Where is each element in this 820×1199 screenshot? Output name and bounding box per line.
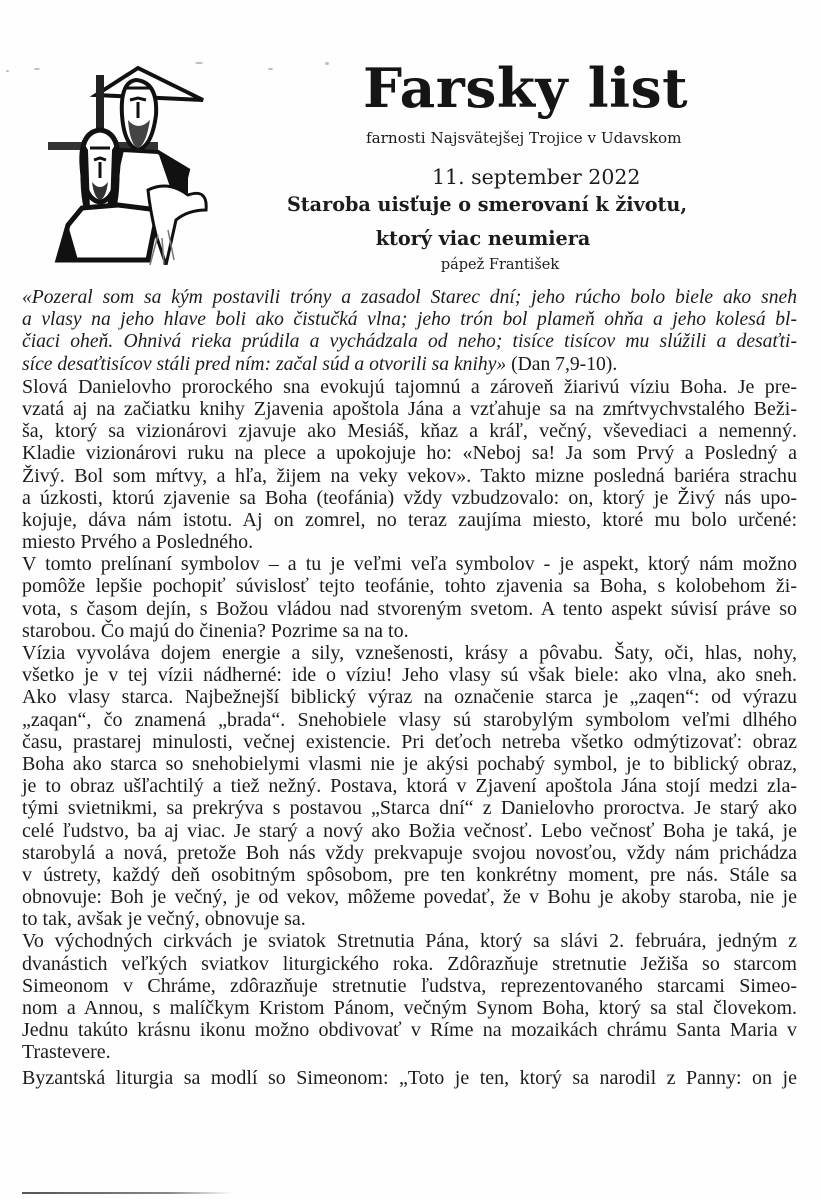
text-line: ša, ktorý sa vizionárovi zjavuje ako Mes… [22,420,797,442]
scripture-quote: «Pozeral som sa kým postavili tróny a za… [22,287,820,376]
text-line: je to obraz ušľachtilý a tiež nežný. Pos… [22,775,797,797]
scan-speck [34,68,40,70]
text-line: nom a Annou, s malíčkym Kristom Pánom, v… [22,997,797,1019]
text-line: pomôže lepšie pochopiť súvislosť tejto t… [22,575,797,597]
text-line: vota, s časom dejín, s Božou vládou nad … [22,598,797,620]
text-line: V tomto prelínaní symbolov – a tu je veľ… [22,553,797,575]
text-line: „zaqan“, čo znamená „brada“. Snehobiele … [22,709,797,731]
text-line: Slová Danielovho prorockého sna evokujú … [22,376,797,398]
text-line: Trastevere. [22,1041,797,1063]
bottom-rule [22,1192,232,1194]
text-line: starobou. Čo majú do činenia? Pozrime sa… [22,620,797,642]
text-line: a úzkosti, ktorú zjavenie sa Boha (teofá… [22,487,797,509]
text-line: Byzantská liturgia sa modlí so Simeonom:… [22,1067,797,1089]
newsletter-title: Farsky list [363,58,720,118]
quote-line: «Pozeral som sa kým postavili tróny a za… [22,287,797,309]
paragraph: Byzantská liturgia sa modlí so Simeonom:… [22,1067,820,1089]
quote-line: síce desaťtisícov stáli pred ním: začal … [22,354,797,376]
text-line: Vo východných cirkvách je sviatok Stretn… [22,930,797,952]
text-line: Ako vlasy starca. Najbežnejší biblický v… [22,686,797,708]
article-author: pápež František [350,255,650,275]
text-line: Kladie vizionárovi ruku na plece a upoko… [22,442,797,464]
paragraph: Vízia vyvoláva dojem energie a sily, vzn… [22,642,820,930]
text-line: Simeonom v Chráme, zdôrazňuje stretnutie… [22,975,797,997]
text-line: času, prastarej minulosti, večnej existe… [22,731,797,753]
text-line: tými svietnikmi, sa prekrýva s postavou … [22,797,797,819]
scan-speck [325,62,329,65]
text-line: Jednu takúto krásnu ikonu možno obdivova… [22,1019,797,1041]
paragraph: V tomto prelínaní symbolov – a tu je veľ… [22,553,820,642]
newsletter-page: Farsky list farnosti Najsvätejšej Trojic… [0,0,820,1199]
quote-line: a vlasy na jeho hlave boli ako čistučká … [22,309,797,331]
quote-line: čiaci oheň. Ohnivá rieka prúdila a vychá… [22,331,797,353]
article-headline-line-2: ktorý viac neumiera [248,226,718,252]
paragraph: Vo východných cirkvách je sviatok Stretn… [22,930,820,1063]
text-line: v ústrety, každý deň osobitným spôsobom,… [22,864,797,886]
text-line: celé ľudstvo, ba aj viac. Je starý a nov… [22,820,797,842]
article-body: «Pozeral som sa kým postavili tróny a za… [22,287,820,1089]
text-line: všetko je v tej vízii nádherné: ide o ví… [22,664,797,686]
text-line: Živý. Bol som mŕtvy, a hľa, žijem na vek… [22,465,797,487]
text-line: vzatá aj na začiatku knihy Zjavenia apoš… [22,398,797,420]
scan-speck [268,68,273,70]
text-line: to tak, avšak je večný, obnovuje sa. [22,908,797,930]
scan-speck [195,62,203,64]
text-line: obnovuje: Boh je večný, je od vekov, môž… [22,886,797,908]
issue-date: 11. september 2022 [432,164,640,190]
text-line: kojuje, dáva nám istotu. Aj on zomrel, n… [22,509,797,531]
scan-speck [6,70,9,72]
text-line: Boha ako starca so snehobielymi vlasmi n… [22,753,797,775]
text-line: miesto Prvého a Posledného. [22,531,797,553]
quote-text: síce desaťtisícov stáli pred ním: začal … [22,354,506,375]
text-line: starobylá a nová, pretože Boh nás vždy p… [22,842,797,864]
trinity-illustration-icon [38,60,208,265]
paragraph: Slová Danielovho prorockého sna evokujú … [22,376,820,554]
article-headline-line-1: Staroba uisťuje o smerovaní k životu, [252,192,722,218]
quote-reference: (Dan 7,9-10). [506,354,617,375]
text-line: Vízia vyvoláva dojem energie a sily, vzn… [22,642,797,664]
text-line: dvanástich veľkých sviatkov liturgického… [22,953,797,975]
parish-subtitle: farnosti Najsvätejšej Trojice v Udavskom [366,128,726,148]
